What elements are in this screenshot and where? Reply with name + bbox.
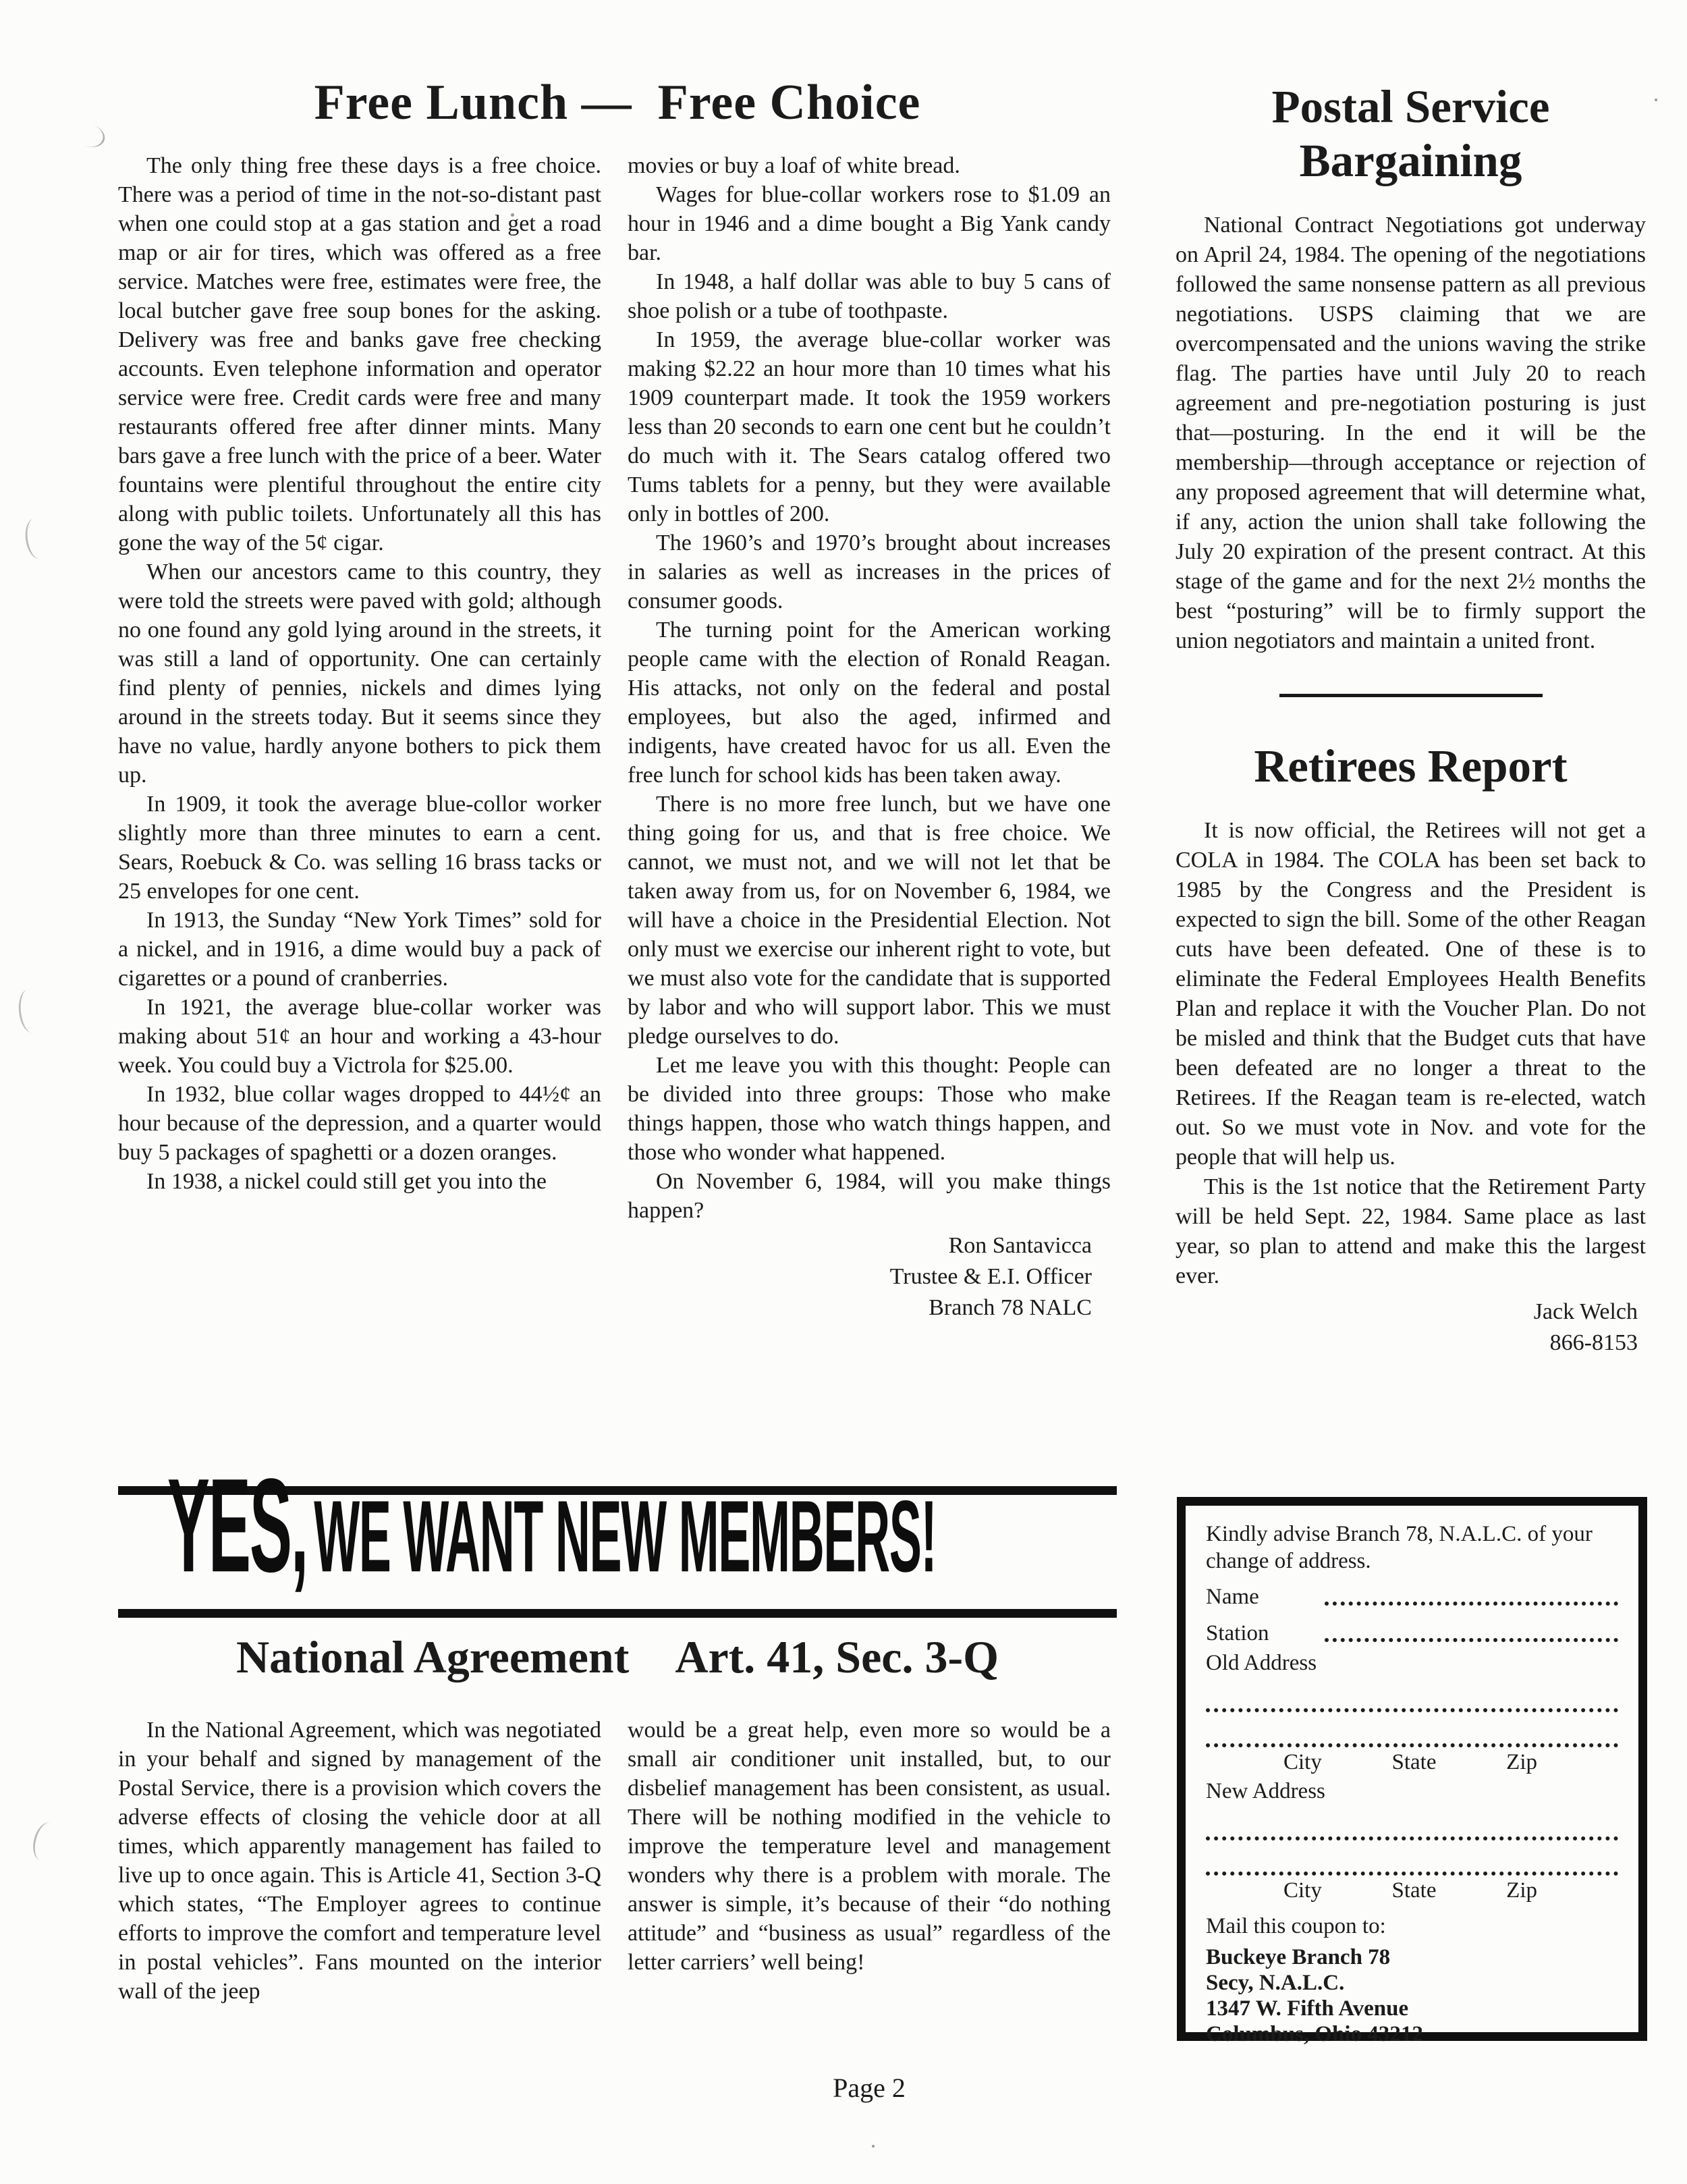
article-paragraph: In 1959, the average blue-collar worker … <box>628 325 1111 528</box>
coupon-station-row: Station <box>1206 1619 1618 1647</box>
article-paragraph: In 1909, it took the average blue-collor… <box>118 790 601 906</box>
article-paragraph: When our ancestors came to this country,… <box>118 557 601 790</box>
article-paragraph: movies or buy a loaf of white bread. <box>628 151 1111 180</box>
article-paragraph: would be a great help, even more so woul… <box>628 1716 1111 1977</box>
dotted-line <box>1325 1602 1618 1606</box>
title-line-1: Postal Service <box>1176 80 1646 134</box>
address-line: Columbus, Ohio 43212 <box>1206 2021 1618 2047</box>
retirees-report-title: Retirees Report <box>1176 739 1646 793</box>
scan-artifact <box>68 119 108 151</box>
article-paragraph: In 1921, the average blue-collar worker … <box>118 993 601 1080</box>
signature-name: Jack Welch <box>1176 1296 1638 1328</box>
page-number: Page 2 <box>628 2072 1111 2104</box>
scan-artifact <box>23 517 51 560</box>
dotted-line <box>1206 1689 1618 1712</box>
city-label: City <box>1283 1877 1322 1904</box>
section-divider <box>1279 694 1543 697</box>
city-state-zip-row: City State Zip <box>1206 1876 1618 1904</box>
article-paragraph: In the National Agreement, which was neg… <box>118 1716 601 2006</box>
free-lunch-free-choice-title: Free Lunch — Free Choice <box>118 74 1117 132</box>
scan-speck <box>872 2145 875 2148</box>
article-paragraph: This is the 1st notice that the Retireme… <box>1176 1172 1646 1291</box>
postal-service-bargaining-title: Postal Service Bargaining <box>1176 80 1646 188</box>
free-lunch-column-1: The only thing free these days is a free… <box>118 151 601 1196</box>
ron-santavicca-signature: Ron Santavicca Trustee & E.I. Officer Br… <box>628 1230 1111 1323</box>
mailing-address: Buckeye Branch 78 Secy, N.A.L.C. 1347 W.… <box>1206 1944 1618 2047</box>
membership-banner: YES,WE WANT NEW MEMBERS! <box>167 1493 1112 1604</box>
new-address-label: New Address <box>1206 1777 1618 1805</box>
title-line-2: Bargaining <box>1176 134 1646 188</box>
zip-label: Zip <box>1506 1877 1537 1904</box>
coupon-name-row: Name <box>1206 1583 1618 1611</box>
jack-welch-signature: Jack Welch 866-8153 <box>1176 1296 1646 1359</box>
zip-label: Zip <box>1506 1749 1537 1776</box>
right-column: Postal Service Bargaining National Contr… <box>1176 80 1646 1359</box>
dotted-line <box>1206 1853 1618 1876</box>
scan-artifact <box>30 1820 62 1864</box>
scan-speck <box>1655 99 1657 101</box>
state-label: State <box>1392 1877 1437 1904</box>
article-paragraph: National Contract Negotiations got under… <box>1176 211 1646 656</box>
banner-rule-bottom <box>118 1609 1117 1618</box>
banner-rest-text: WE WANT NEW MEMBERS! <box>314 1479 936 1593</box>
article-paragraph: In 1938, a nickel could still get you in… <box>118 1167 601 1196</box>
address-line: Secy, N.A.L.C. <box>1206 1970 1618 1996</box>
name-label: Name <box>1206 1583 1307 1611</box>
article-paragraph: The 1960’s and 1970’s brought about incr… <box>628 528 1111 616</box>
banner-text: YES,WE WANT NEW MEMBERS! <box>167 1450 936 1604</box>
signature-phone: 866-8153 <box>1176 1328 1638 1359</box>
article-paragraph: Let me leave you with this thought: Peop… <box>628 1051 1111 1167</box>
dotted-line <box>1325 1638 1618 1642</box>
article-paragraph: It is now official, the Retirees will no… <box>1176 816 1646 1172</box>
article-paragraph: On November 6, 1984, will you make thing… <box>628 1167 1111 1225</box>
article-paragraph: Wages for blue-collar workers rose to $1… <box>628 180 1111 267</box>
old-address-label: Old Address <box>1206 1649 1618 1677</box>
dotted-line <box>1206 1724 1618 1747</box>
station-label: Station <box>1206 1619 1307 1647</box>
signature-branch: Branch 78 NALC <box>628 1292 1092 1323</box>
article-paragraph: In 1948, a half dollar was able to buy 5… <box>628 267 1111 325</box>
address-line: 1347 W. Fifth Avenue <box>1206 1996 1618 2021</box>
article-paragraph: The only thing free these days is a free… <box>118 151 601 557</box>
coupon-intro: Kindly advise Branch 78, N.A.L.C. of you… <box>1206 1521 1618 1575</box>
state-label: State <box>1392 1749 1437 1776</box>
dotted-line <box>1206 1818 1618 1840</box>
banner-yes-text: YES, <box>167 1451 307 1600</box>
signature-name: Ron Santavicca <box>628 1230 1092 1261</box>
national-agreement-column-1: In the National Agreement, which was neg… <box>118 1716 601 2006</box>
newsletter-page: Free Lunch — Free Choice The only thing … <box>0 0 1687 2184</box>
city-label: City <box>1283 1749 1322 1776</box>
article-paragraph: The turning point for the American worki… <box>628 616 1111 790</box>
city-state-zip-row: City State Zip <box>1206 1747 1618 1776</box>
mail-to-label: Mail this coupon to: <box>1206 1912 1618 1940</box>
national-agreement-column-2: would be a great help, even more so woul… <box>628 1716 1111 1977</box>
change-of-address-coupon: Kindly advise Branch 78, N.A.L.C. of you… <box>1177 1497 1647 2041</box>
national-agreement-title: National Agreement Art. 41, Sec. 3-Q <box>118 1631 1117 1684</box>
article-paragraph: In 1932, blue collar wages dropped to 44… <box>118 1080 601 1167</box>
scan-artifact <box>17 988 44 1033</box>
signature-title: Trustee & E.I. Officer <box>628 1261 1092 1292</box>
article-paragraph: There is no more free lunch, but we have… <box>628 790 1111 1051</box>
address-line: Buckeye Branch 78 <box>1206 1944 1618 1970</box>
article-paragraph: In 1913, the Sunday “New York Times” sol… <box>118 906 601 993</box>
free-lunch-column-2: movies or buy a loaf of white bread. Wag… <box>628 151 1111 1323</box>
